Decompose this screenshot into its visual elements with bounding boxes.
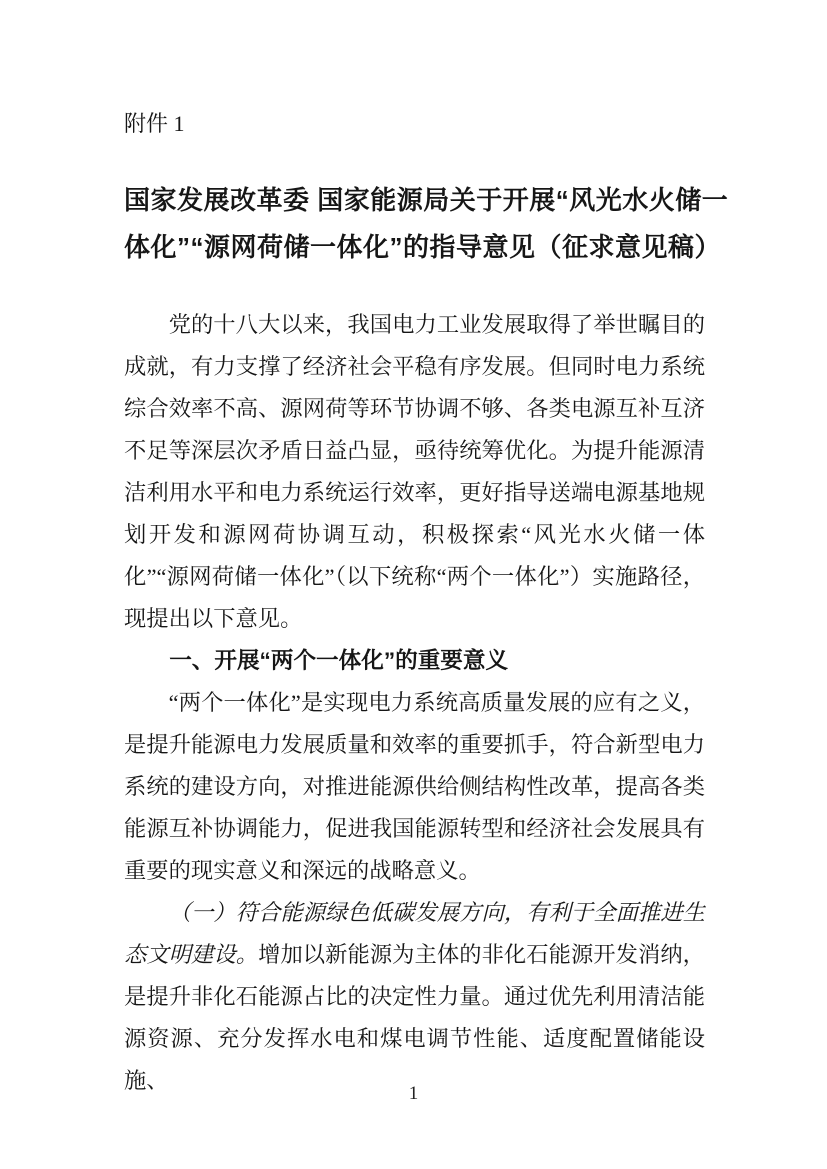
- section-1-heading: 一、开展“两个一体化”的重要意义: [124, 640, 705, 682]
- attachment-label: 附件 1: [124, 109, 705, 139]
- document-page: 附件 1 国家发展改革委 国家能源局关于开展“风光水火储一 体化”“源网荷储一体…: [0, 0, 827, 1169]
- document-title-line-1: 国家发展改革委 国家能源局关于开展“风光水火储一: [124, 177, 705, 224]
- document-title-line-2: 体化”“源网荷储一体化”的指导意见（征求意见稿）: [124, 224, 705, 271]
- document-title: 国家发展改革委 国家能源局关于开展“风光水火储一 体化”“源网荷储一体化”的指导…: [124, 177, 705, 271]
- intro-paragraph: 党的十八大以来，我国电力工业发展取得了举世瞩目的成就，有力支撑了经济社会平稳有序…: [124, 304, 705, 640]
- item-1-paragraph: （一）符合能源绿色低碳发展方向，有利于全面推进生态文明建设。增加以新能源为主体的…: [124, 892, 705, 1102]
- page-number: 1: [0, 1082, 827, 1106]
- section-1-paragraph: “两个一体化”是实现电力系统高质量发展的应有之义，是提升能源电力发展质量和效率的…: [124, 682, 705, 892]
- page-content: 附件 1 国家发展改革委 国家能源局关于开展“风光水火储一 体化”“源网荷储一体…: [124, 0, 705, 1102]
